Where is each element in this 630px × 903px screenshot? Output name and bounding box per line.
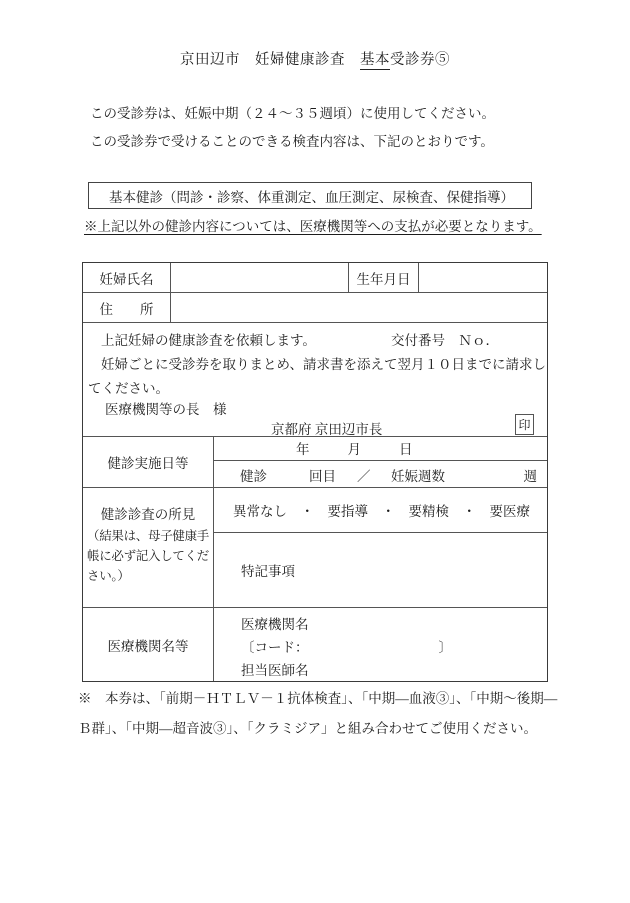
row-address: 住 所 [83, 293, 547, 323]
voucher-document-page: 京田辺市 妊婦健康診査 基本受診券⑤ この受診券は、妊娠中期（２４～３５週頃）に… [0, 0, 630, 903]
address-field [171, 293, 547, 322]
basic-exam-content-text: 基本健診（問診・診察、体重測定、血圧測定、尿検査、保健指導） [109, 186, 514, 206]
special-notes-label: 特記事項 [241, 560, 295, 580]
date-day-label: 日 [399, 438, 413, 458]
request-line-2: 妊婦ごとに受診券を取りまとめ、請求書を添えて翌月１０日までに請求し [101, 353, 546, 373]
weeks-unit-label: 週 [524, 465, 538, 485]
visit-slash: ／ [357, 465, 371, 485]
birthdate-label: 生年月日 [348, 263, 419, 292]
findings-options-text: 異常なし ・ 要指導 ・ 要精検 ・ 要医療 [233, 500, 530, 520]
findings-label-cell: 健診診査の所見 （結果は、母子健康手帳に必ず記入してください。） [83, 488, 214, 607]
addressee-line: 医療機関等の長 様 [105, 398, 227, 418]
institution-code-line: 〔コード：〕 [241, 636, 547, 659]
voucher-form-table: 妊婦氏名 生年月日 住 所 上記妊婦の健康診査を依頼します。 交付番号 Ｎｏ． … [82, 262, 548, 682]
row-exam-date: 健診実施日等 年 月 日 健診 回目 ／ 妊娠週数 週 [83, 437, 547, 488]
exam-visit-row: 健診 回目 ／ 妊娠週数 週 [214, 461, 547, 487]
row-request-block: 上記妊婦の健康診査を依頼します。 交付番号 Ｎｏ． 妊婦ごとに受診券を取りまとめ… [83, 323, 547, 437]
combination-usage-note: ※ 本券は、「前期－ＨＴＬＶ－１抗体検査」、「中期―血液③」、「中期～後期― Ｂ… [78, 684, 560, 744]
institution-label: 医療機関名等 [83, 608, 214, 681]
exam-date-label: 健診実施日等 [83, 437, 214, 487]
issuer-line: 京都府 京田辺市長 [271, 418, 382, 438]
institution-content: 医療機関名 〔コード：〕 担当医師名 [214, 608, 547, 681]
official-seal-mark: 印 [515, 414, 534, 435]
usage-note-line-1: ※ 本券は、「前期－ＨＴＬＶ－１抗体検査」、「中期―血液③」、「中期～後期― [78, 684, 560, 714]
date-year-label: 年 [296, 438, 310, 458]
date-month-label: 月 [348, 438, 362, 458]
page-title: 京田辺市 妊婦健康診査 基本受診券⑤ [0, 48, 630, 69]
basic-exam-content-box: 基本健診（問診・診察、体重測定、血圧測定、尿検査、保健指導） [88, 182, 532, 209]
intro-line-2: この受診券で受けることのできる検査内容は、下記のとおりです。 [90, 128, 495, 156]
visit-exam-label: 健診 [240, 465, 267, 485]
institution-code-close: 〕 [439, 636, 453, 659]
row-name-birthdate: 妊婦氏名 生年月日 [83, 263, 547, 293]
exam-date-content: 年 月 日 健診 回目 ／ 妊娠週数 週 [214, 437, 547, 487]
findings-label: 健診診査の所見 [83, 503, 213, 523]
intro-paragraph: この受診券は、妊娠中期（２４～３５週頃）に使用してください。 この受診券で受ける… [90, 100, 495, 156]
title-text-right: 受診券⑤ [390, 52, 450, 68]
pregnancy-weeks-label: 妊娠週数 [391, 465, 445, 485]
findings-content: 異常なし ・ 要指導 ・ 要精検 ・ 要医療 特記事項 [214, 488, 547, 607]
row-findings: 健診診査の所見 （結果は、母子健康手帳に必ず記入してください。） 異常なし ・ … [83, 488, 547, 608]
findings-record-note: （結果は、母子健康手帳に必ず記入してください。） [83, 523, 213, 586]
row-institution: 医療機関名等 医療機関名 〔コード：〕 担当医師名 [83, 608, 547, 681]
payment-required-note: ※上記以外の健診内容については、医療機関等への支払が必要となります。 [84, 215, 542, 235]
pregnant-woman-name-field [171, 263, 348, 292]
birthdate-field [419, 263, 547, 292]
exam-date-ymd-row: 年 月 日 [214, 437, 547, 461]
usage-note-line-2: Ｂ群」、「中期―超音波③」、「クラミジア」と組み合わせてご使用ください。 [78, 714, 560, 744]
issue-number-label: 交付番号 Ｎｏ． [391, 329, 499, 349]
request-line-3: てください。 [88, 377, 169, 397]
institution-code-open: 〔コード： [241, 640, 309, 655]
doctor-name-label: 担当医師名 [241, 659, 547, 682]
address-label: 住 所 [83, 293, 171, 322]
title-text-underlined: 基本 [360, 52, 390, 70]
intro-line-1: この受診券は、妊娠中期（２４～３５週頃）に使用してください。 [90, 100, 495, 128]
visit-count-label: 回目 [309, 465, 336, 485]
findings-options-row: 異常なし ・ 要指導 ・ 要精検 ・ 要医療 [214, 488, 547, 533]
institution-name-label: 医療機関名 [241, 613, 547, 636]
title-text-left: 京田辺市 妊婦健康診査 [180, 52, 360, 68]
pregnant-woman-name-label: 妊婦氏名 [83, 263, 171, 292]
special-notes-row: 特記事項 [214, 533, 547, 607]
request-line-1: 上記妊婦の健康診査を依頼します。 [101, 329, 316, 349]
